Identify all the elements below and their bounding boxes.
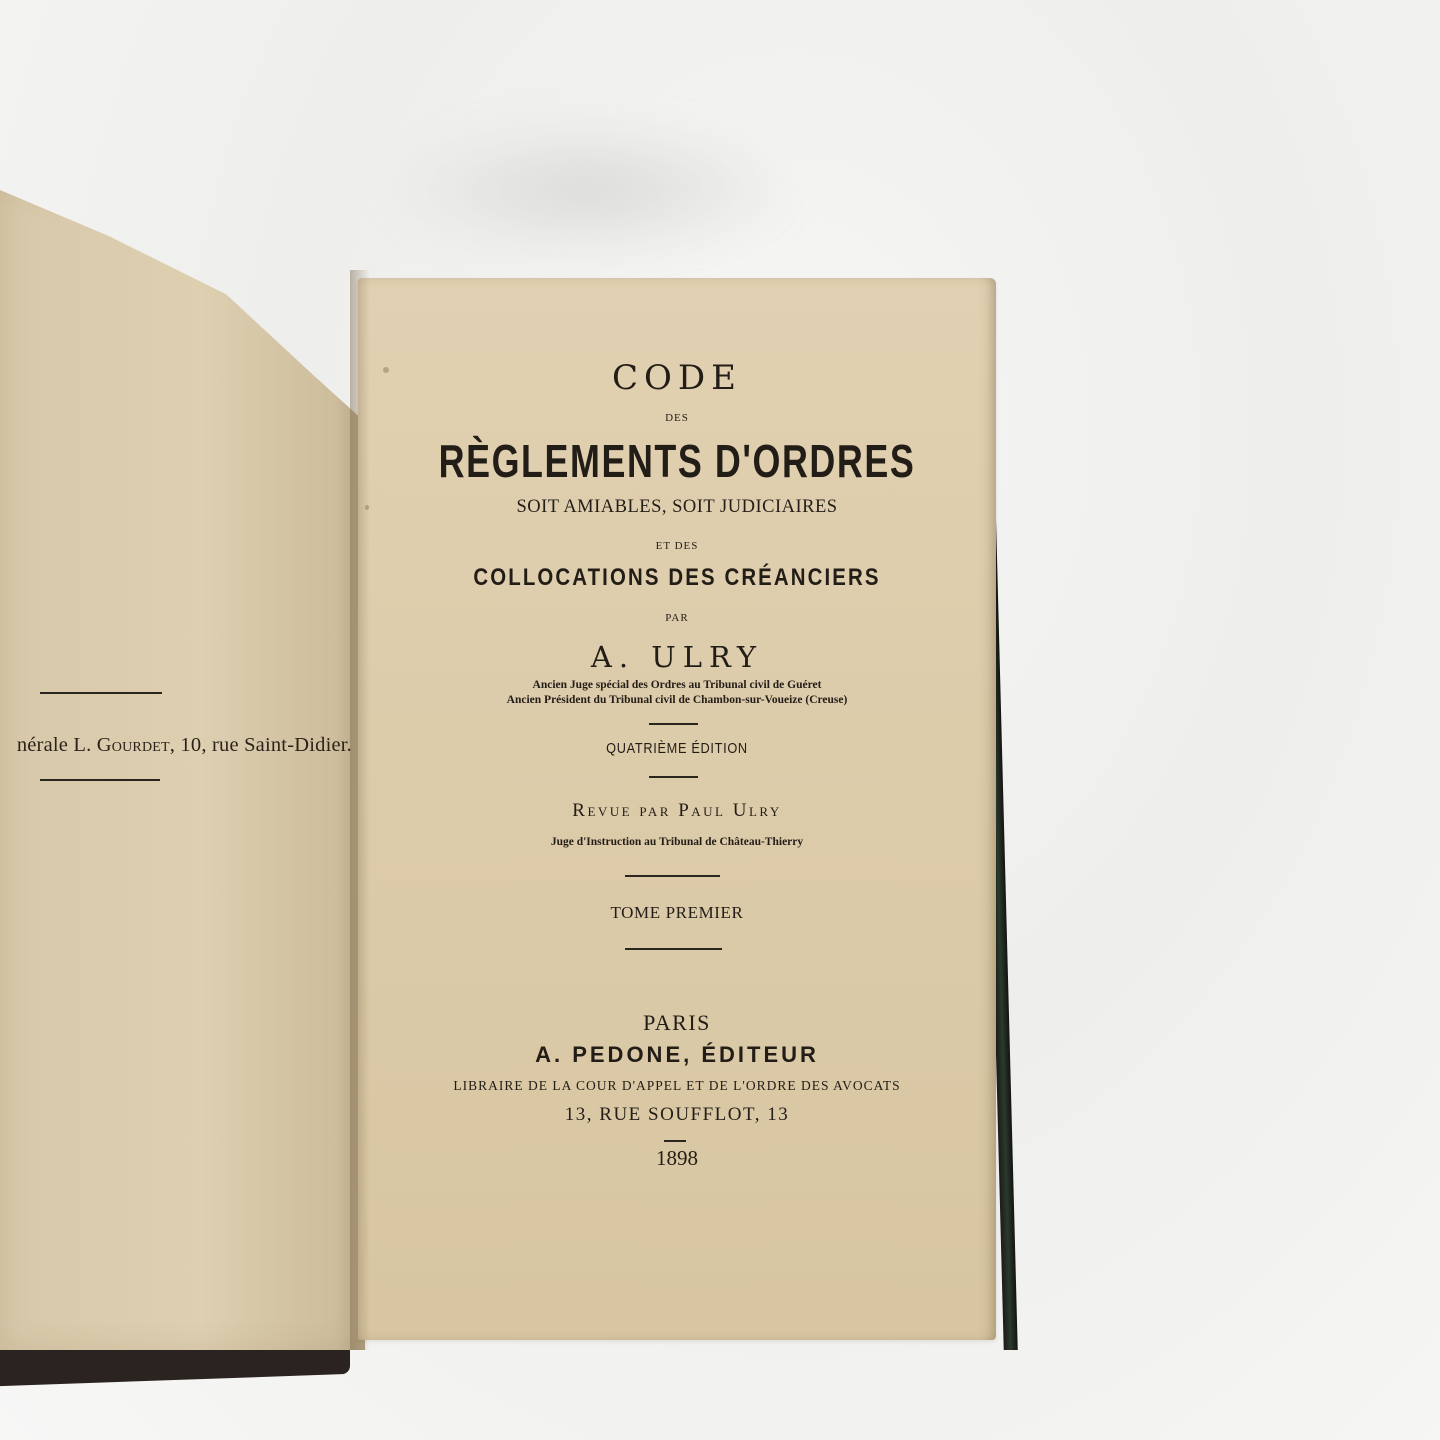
title-par: PAR	[358, 612, 996, 624]
divider-rule	[625, 948, 722, 950]
publisher-address: 13, RUE SOUFFLOT, 13	[358, 1104, 996, 1126]
background-shadow	[380, 120, 800, 260]
publication-year: 1898	[358, 1146, 996, 1171]
author-credential-1: Ancien Juge spécial des Ordres au Tribun…	[358, 679, 996, 691]
imprint-printer-name: Gourdet	[97, 734, 170, 756]
left-page-imprint: nérale L. Gourdet, 10, rue Saint-Didier.	[0, 734, 352, 757]
edition-label: QUATRIÈME ÉDITION	[406, 740, 948, 757]
title-et-des: ET DES	[358, 540, 996, 552]
reviser-credentials: Juge d'Instruction au Tribunal de Châtea…	[358, 836, 996, 848]
publication-city: PARIS	[358, 1010, 996, 1036]
imprint-address: , 10, rue Saint-Didier.	[170, 734, 352, 756]
second-title: COLLOCATIONS DES CRÉANCIERS	[406, 564, 948, 592]
author-name: A. ULRY	[358, 640, 996, 674]
revised-by: Revue par Paul Ulry	[358, 800, 996, 822]
left-page	[0, 190, 365, 1350]
title-des: DES	[358, 412, 996, 424]
subtitle: SOIT AMIABLES, SOIT JUDICIAIRES	[358, 497, 996, 518]
left-page-rule-top	[40, 692, 162, 694]
publisher-role: LIBRAIRE DE LA COUR D'APPEL ET DE L'ORDR…	[358, 1078, 996, 1094]
divider-rule-short	[664, 1140, 686, 1142]
divider-rule	[649, 776, 698, 778]
title-code: CODE	[358, 358, 996, 398]
imprint-prefix: nérale L.	[17, 734, 97, 756]
volume-label: TOME PREMIER	[358, 903, 996, 923]
publisher-name: A. PEDONE, ÉDITEUR	[358, 1042, 996, 1068]
divider-rule	[625, 875, 720, 877]
left-page-rule-bottom	[40, 779, 160, 781]
main-title: RÈGLEMENTS D'ORDRES	[428, 434, 926, 488]
author-credential-2: Ancien Président du Tribunal civil de Ch…	[358, 694, 996, 706]
divider-rule	[649, 723, 698, 725]
